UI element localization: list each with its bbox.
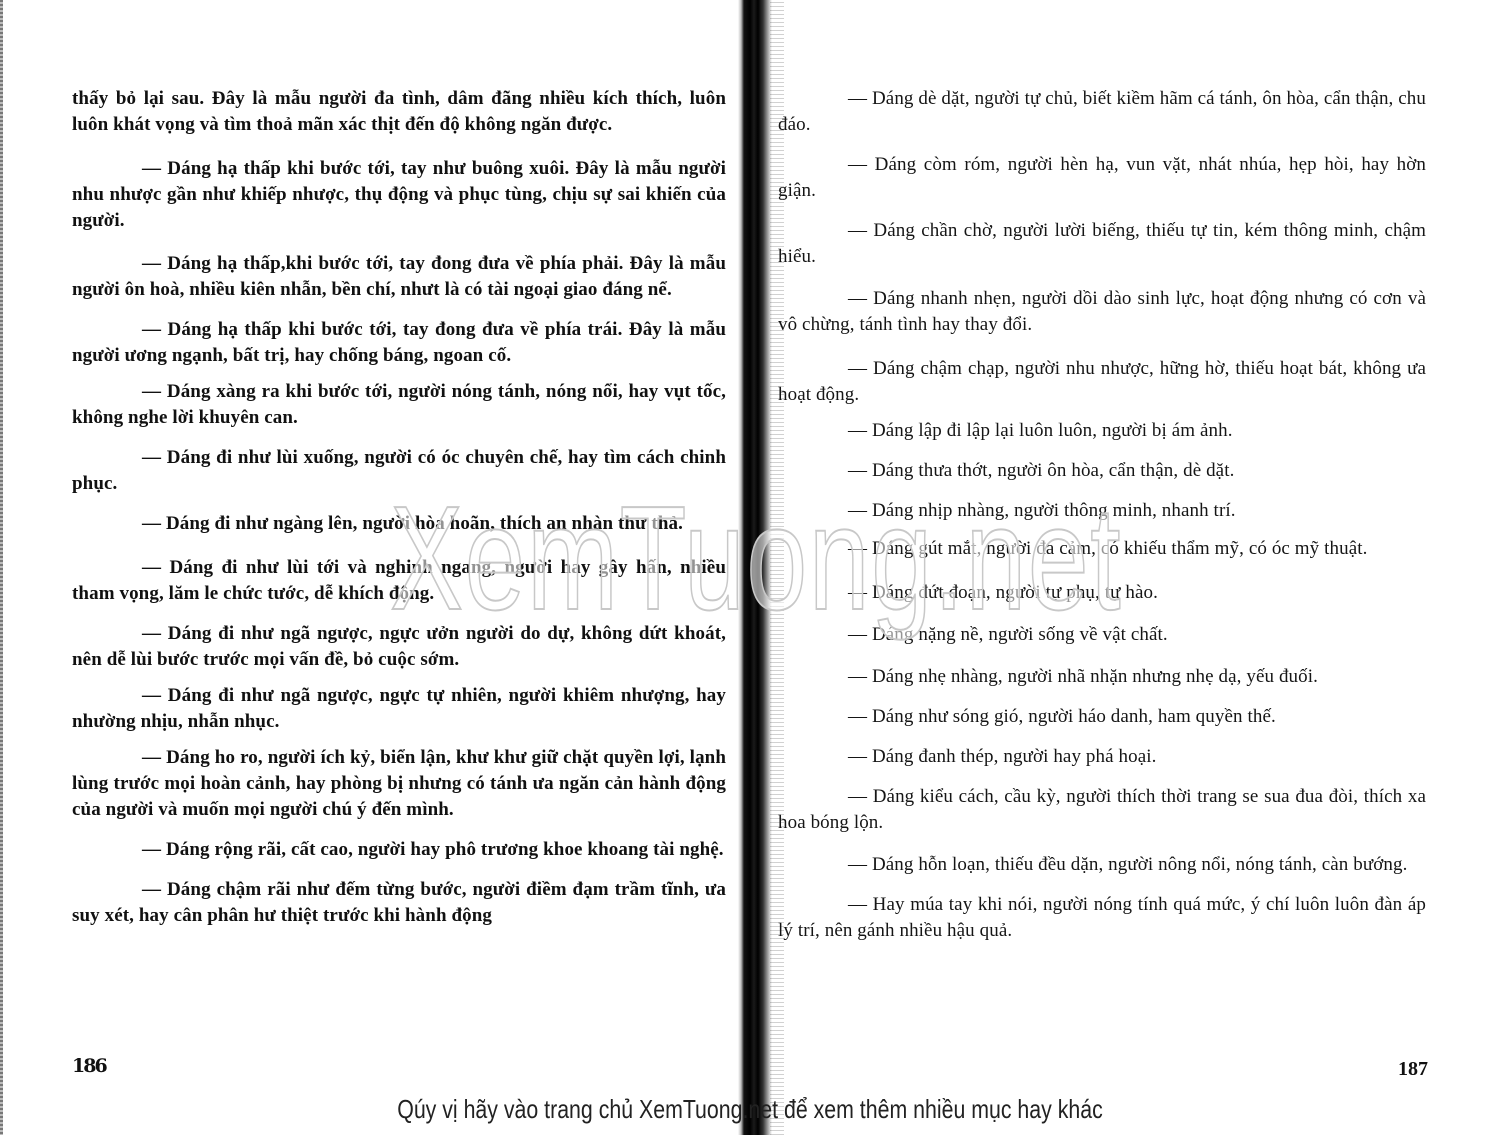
paragraph: — Dáng như sóng gió, người háo danh, ham… xyxy=(778,704,1426,730)
page-number-left: 186 xyxy=(72,1055,106,1077)
paragraph: — Dáng đi như ngàng lên, người hòa hoãn,… xyxy=(72,511,726,537)
paragraph: — Dáng ho ro, người ích kỷ, biển lận, kh… xyxy=(72,745,726,823)
paragraph: — Dáng thưa thớt, người ôn hòa, cẩn thận… xyxy=(778,458,1426,484)
left-page: thấy bỏ lại sau. Đây là mẫu người đa tìn… xyxy=(72,86,726,929)
page-number-right: 187 xyxy=(1398,1058,1428,1081)
paragraph: — Dáng đanh thép, người hay phá hoại. xyxy=(778,744,1426,770)
paragraph: — Dáng hỗn loạn, thiếu đều dặn, người nô… xyxy=(778,852,1426,878)
paragraph: — Dáng kiểu cách, cầu kỳ, người thích th… xyxy=(778,784,1426,836)
paragraph: — Dáng hạ thấp khi bước tới, tay đong đư… xyxy=(72,317,726,369)
paragraph: — Dáng còm róm, người hèn hạ, vun vặt, n… xyxy=(778,152,1426,204)
paragraph: — Dáng đi như lùi xuống, người có óc chu… xyxy=(72,445,726,497)
page-edge xyxy=(0,0,3,1135)
book-binding-gutter xyxy=(738,0,772,1135)
paragraph: — Dáng hạ thấp,khi bước tới, tay đong đư… xyxy=(72,251,726,303)
paragraph: — Dáng nặng nề, người sống về vật chất. xyxy=(778,622,1426,648)
paragraph: — Dáng đi như ngã ngược, ngực tự nhiên, … xyxy=(72,683,726,735)
paragraph: — Dáng rộng rãi, cất cao, người hay phô … xyxy=(72,837,726,863)
book-spread: thấy bỏ lại sau. Đây là mẫu người đa tìn… xyxy=(0,0,1500,1135)
paragraph: — Dáng gút mắt, người đa cảm, có khiếu t… xyxy=(778,536,1426,562)
paragraph: — Dáng nhịp nhàng, người thông minh, nha… xyxy=(778,498,1426,524)
paragraph: — Dáng đi như ngã ngược, ngực ưởn người … xyxy=(72,621,726,673)
paragraph: — Dáng đứt đoạn, người tự phụ, tự hào. xyxy=(778,580,1426,606)
right-page: — Dáng dè dặt, người tự chủ, biết kiềm h… xyxy=(778,86,1426,944)
paragraph: — Hay múa tay khi nói, người nóng tính q… xyxy=(778,892,1426,944)
paragraph: — Dáng nhanh nhẹn, người dồi dào sinh lự… xyxy=(778,286,1426,338)
paragraph: — Dáng hạ thấp khi bước tới, tay như buô… xyxy=(72,156,726,234)
paragraph: — Dáng chậm rãi như đếm từng bước, người… xyxy=(72,877,726,929)
footer-promo-text: Qúy vị hãy vào trang chủ XemTuong.net để… xyxy=(135,1094,1365,1125)
paragraph: — Dáng chần chờ, người lười biếng, thiếu… xyxy=(778,218,1426,270)
paragraph: — Dáng dè dặt, người tự chủ, biết kiềm h… xyxy=(778,86,1426,138)
paragraph: thấy bỏ lại sau. Đây là mẫu người đa tìn… xyxy=(72,86,726,138)
paragraph: — Dáng chậm chạp, người nhu nhược, hững … xyxy=(778,356,1426,408)
paragraph: — Dáng nhẹ nhàng, người nhã nhặn nhưng n… xyxy=(778,664,1426,690)
paragraph: — Dáng xàng ra khi bước tới, người nóng … xyxy=(72,379,726,431)
paragraph: — Dáng lập đi lập lại luôn luôn, người b… xyxy=(778,418,1426,444)
paragraph: — Dáng đi như lùi tới và nghinh ngang, n… xyxy=(72,555,726,607)
